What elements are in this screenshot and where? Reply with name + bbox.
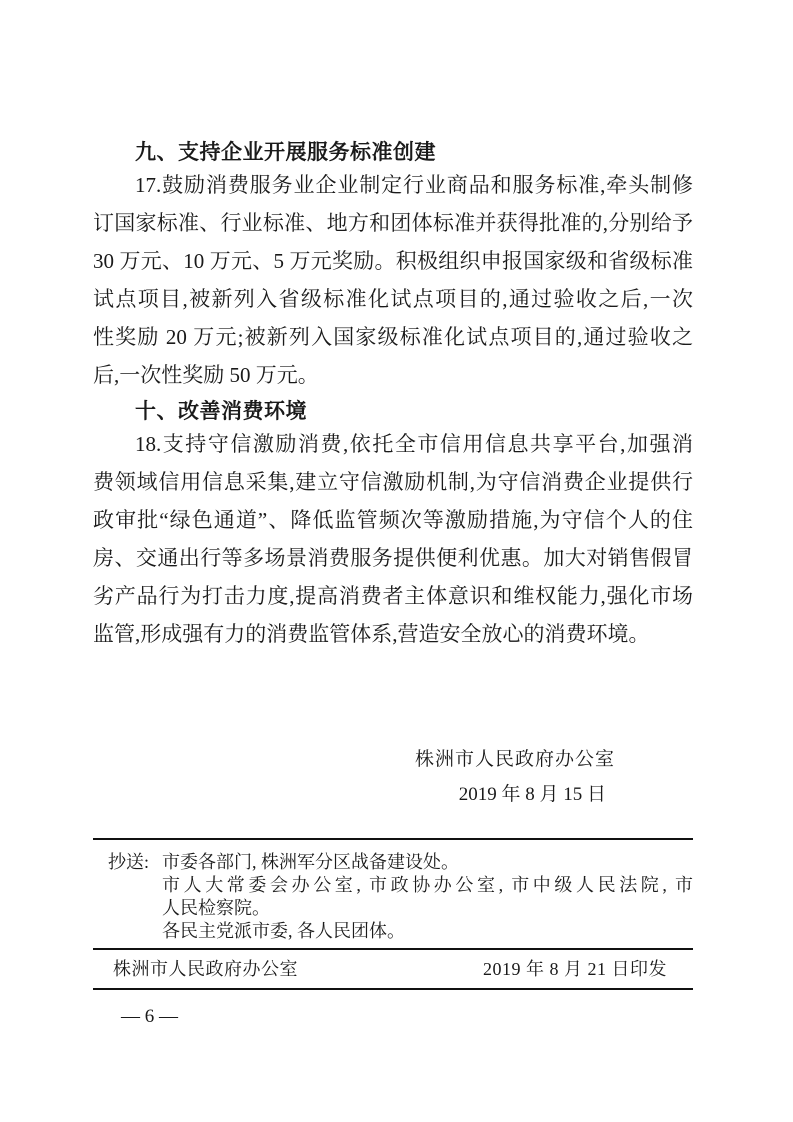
copy-to-label: 抄送:: [108, 851, 162, 874]
signature-office: 株洲市人民政府办公室: [93, 745, 693, 775]
section-heading-ten: 十、改善消费环境: [93, 397, 693, 425]
body-line: 监管,形成强有力的消费监管体系,营造安全放心的消费环境。: [93, 615, 693, 653]
document-content: 九、支持企业开展服务标准创建 17.鼓励消费服务业企业制定行业商品和服务标准,牵…: [93, 0, 693, 1029]
body-line: 18.支持守信激励消费,依托全市信用信息共享平台,加强消: [93, 425, 693, 463]
body-line: 房、交通出行等多场景消费服务提供便利优惠。加大对销售假冒伪: [93, 539, 693, 577]
document-page: 九、支持企业开展服务标准创建 17.鼓励消费服务业企业制定行业商品和服务标准,牵…: [0, 0, 793, 1122]
footer-separator-bottom: [93, 988, 693, 990]
paragraph-17: 17.鼓励消费服务业企业制定行业商品和服务标准,牵头制修 订国家标准、行业标准、…: [93, 166, 693, 394]
footer-separator-middle: [93, 948, 693, 950]
body-line: 性奖励 20 万元;被新列入国家级标准化试点项目的,通过验收之: [93, 318, 693, 356]
body-line: 试点项目,被新列入省级标准化试点项目的,通过验收之后,一次: [93, 280, 693, 318]
body-line: 30 万元、10 万元、5 万元奖励。积极组织申报国家级和省级标准化: [93, 242, 693, 280]
copy-to-block: 抄送: 市委各部门, 株洲军分区战备建设处。 市人大常委会办公室, 市政协办公室…: [93, 851, 693, 943]
copy-to-line: 市委各部门, 株洲军分区战备建设处。: [162, 851, 693, 874]
body-line: 费领域信用信息采集,建立守信激励机制,为守信消费企业提供行: [93, 463, 693, 501]
page-number: — 6 —: [93, 1005, 693, 1029]
body-line: 订国家标准、行业标准、地方和团体标准并获得批准的,分别给予: [93, 204, 693, 242]
issuing-office: 株洲市人民政府办公室: [113, 958, 298, 980]
signature-date: 2019 年 8 月 15 日: [93, 780, 693, 810]
footer-separator-top: [93, 838, 693, 840]
body-line: 劣产品行为打击力度,提高消费者主体意识和维权能力,强化市场: [93, 577, 693, 615]
print-date: 2019 年 8 月 21 日印发: [483, 958, 667, 980]
imprint-row: 株洲市人民政府办公室 2019 年 8 月 21 日印发: [93, 958, 693, 980]
section-heading-nine: 九、支持企业开展服务标准创建: [93, 138, 693, 166]
copy-to-lines: 市委各部门, 株洲军分区战备建设处。 市人大常委会办公室, 市政协办公室, 市中…: [162, 851, 693, 943]
body-line: 后,一次性奖励 50 万元。: [93, 356, 693, 394]
body-line: 17.鼓励消费服务业企业制定行业商品和服务标准,牵头制修: [93, 166, 693, 204]
paragraph-18: 18.支持守信激励消费,依托全市信用信息共享平台,加强消 费领域信用信息采集,建…: [93, 425, 693, 653]
copy-to-line: 人民检察院。: [162, 897, 693, 920]
copy-to-line: 各民主党派市委, 各人民团体。: [162, 920, 693, 943]
body-line: 政审批“绿色通道”、降低监管频次等激励措施,为守信个人的住: [93, 501, 693, 539]
copy-to-line: 市人大常委会办公室, 市政协办公室, 市中级人民法院, 市: [162, 874, 693, 897]
